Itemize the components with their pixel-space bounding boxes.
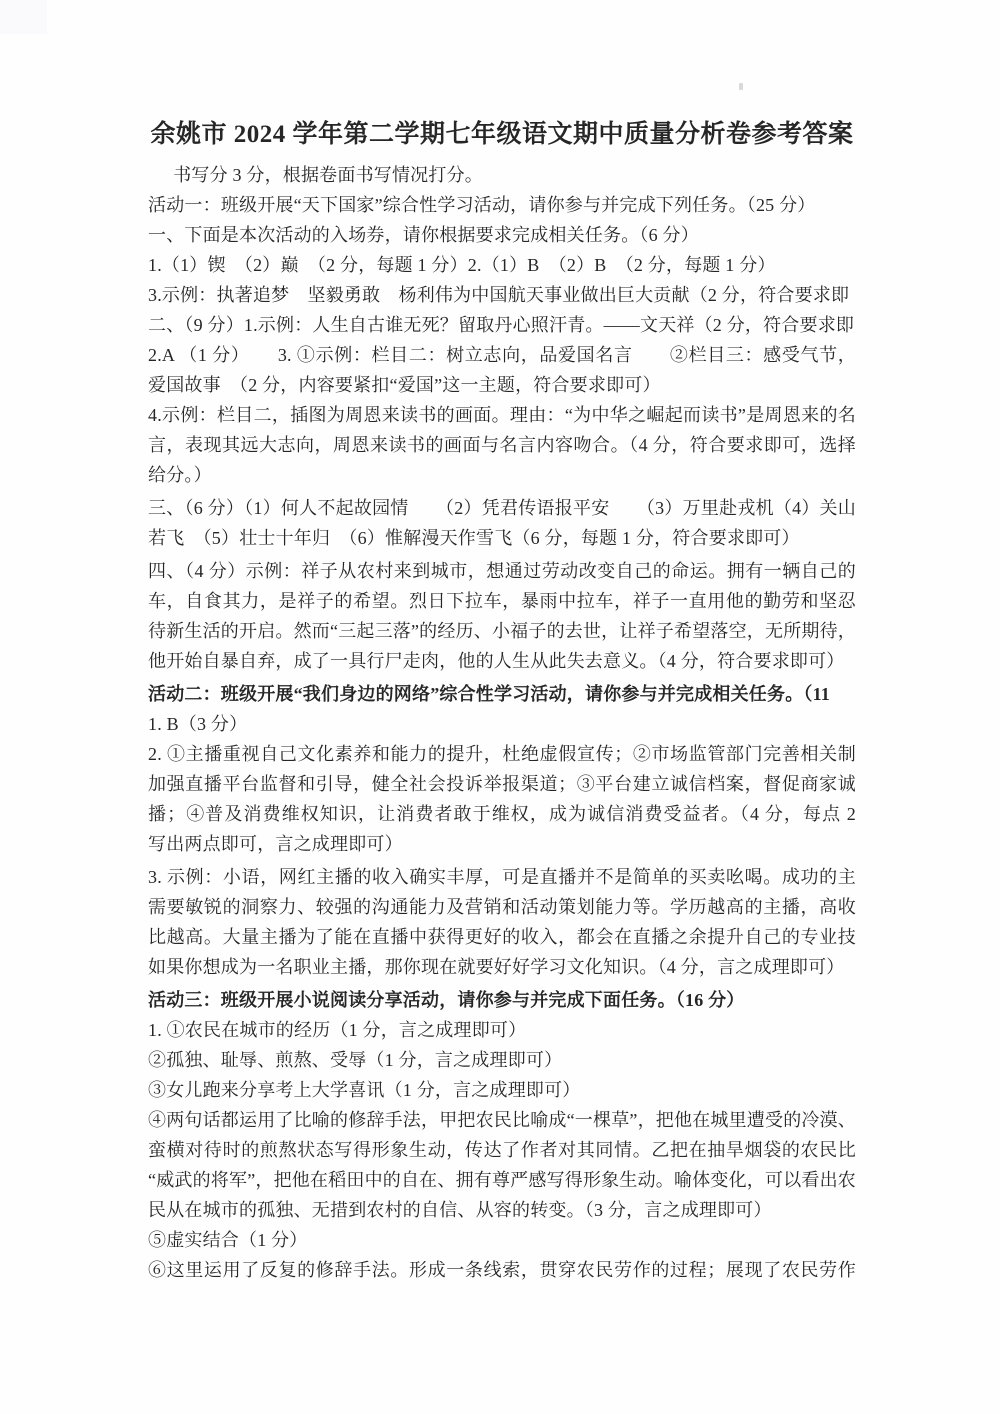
text-line: 三、（6 分）（1）何人不起故园情 （2）凭君传语报平安 （3）万里赴戎机（4）… bbox=[148, 493, 856, 523]
document-page: 余姚市 2024 学年第二学期七年级语文期中质量分析卷参考答案 书写分 3 分，… bbox=[0, 0, 1000, 1414]
text-line: ③女儿跑来分享考上大学喜讯（1 分，言之成理即可） bbox=[148, 1075, 856, 1105]
scan-corner-artifact bbox=[0, 0, 47, 34]
text-line: 4.示例：栏目二，插图为周恩来读书的画面。理由：“为中华之崛起而读书”是周恩来的… bbox=[148, 400, 856, 430]
text-line: 需要敏锐的洞察力、较强的沟通能力及营销和活动策划能力等。学历越高的主播，高收入占 bbox=[148, 892, 856, 922]
text-line: 四、（4 分）示例：祥子从农村来到城市，想通过劳动改变自己的命运。拥有一辆自己的… bbox=[148, 556, 856, 586]
text-line: 待新生活的开启。然而“三起三落”的经历、小福子的去世，让祥子希望落空，无所期待， bbox=[148, 616, 856, 646]
text-line: 若飞 （5）壮士十年归 （6）惟解漫天作雪飞（6 分，每题 1 分，符合要求即可… bbox=[148, 523, 856, 553]
text-line: 3. 示例：小语，网红主播的收入确实丰厚，可是直播并不是简单的买卖吆喝。成功的主… bbox=[148, 862, 856, 892]
document-title: 余姚市 2024 学年第二学期七年级语文期中质量分析卷参考答案 bbox=[148, 118, 856, 152]
text-line: 2. ①主播重视自己文化素养和能力的提升，杜绝虚假宣传；②市场监管部门完善相关制… bbox=[148, 739, 856, 769]
text-line: 比越高。大量主播为了能在直播中获得更好的收入，都会在直播之余提升自己的专业技能。 bbox=[148, 922, 856, 952]
text-line: 写出两点即可，言之成理即可） bbox=[148, 829, 856, 859]
text-line: 他开始自暴自弃，成了一具行尸走肉，他的人生从此失去意义。（4 分，符合要求即可） bbox=[148, 646, 856, 676]
text-line: 爱国故事 （2 分，内容要紧扣“爱国”这一主题，符合要求即可） bbox=[148, 370, 856, 400]
scan-speck bbox=[739, 83, 743, 90]
text-line: “威武的将军”，把他在稻田中的自在、拥有尊严感写得形象生动。喻体变化，可以看出农 bbox=[148, 1165, 856, 1195]
text-line: 活动三：班级开展小说阅读分享活动，请你参与并完成下面任务。（16 分） bbox=[148, 985, 856, 1015]
text-line: 1.（1）锲 （2）巅 （2 分，每题 1 分）2.（1）B （2）B （2 分… bbox=[148, 250, 856, 280]
document-content: 余姚市 2024 学年第二学期七年级语文期中质量分析卷参考答案 书写分 3 分，… bbox=[148, 118, 856, 1285]
text-line: 一、下面是本次活动的入场券，请你根据要求完成相关任务。（6 分） bbox=[148, 220, 856, 250]
text-line: 2.A （1 分） 3. ①示例：栏目二：树立志向，品爱国名言 ②栏目三：感受气… bbox=[148, 340, 856, 370]
text-line: 书写分 3 分，根据卷面书写情况打分。 bbox=[148, 160, 856, 190]
document-body: 书写分 3 分，根据卷面书写情况打分。活动一：班级开展“天下国家”综合性学习活动… bbox=[148, 160, 856, 1285]
text-line: 播；④普及消费维权知识，让消费者敢于维权，成为诚信消费受益者。（4 分，每点 2… bbox=[148, 799, 856, 829]
text-line: 1. B（3 分） bbox=[148, 709, 856, 739]
text-line: 活动二：班级开展“我们身边的网络”综合性学习活动，请你参与并完成相关任务。（11… bbox=[148, 679, 856, 709]
text-line: 民从在城市的孤独、无措到农村的自信、从容的转变。（3 分，言之成理即可） bbox=[148, 1195, 856, 1225]
text-line: 给分。） bbox=[148, 460, 856, 490]
text-line: 如果你想成为一名职业主播，那你现在就要好好学习文化知识。（4 分，言之成理即可） bbox=[148, 952, 856, 982]
text-line: 3.示例：执著追梦 坚毅勇敢 杨利伟为中国航天事业做出巨大贡献（2 分，符合要求… bbox=[148, 280, 856, 310]
text-line: ②孤独、耻辱、煎熬、受辱（1 分，言之成理即可） bbox=[148, 1045, 856, 1075]
text-line: 言，表现其远大志向，周恩来读书的画面与名言内容吻合。（4 分，符合要求即可，选择… bbox=[148, 430, 856, 460]
text-line: ⑤虚实结合（1 分） bbox=[148, 1225, 856, 1255]
text-line: ④两句话都运用了比喻的修辞手法，甲把农民比喻成“一棵草”，把他在城里遭受的冷漠、 bbox=[148, 1105, 856, 1135]
text-line: 车，自食其力，是祥子的希望。烈日下拉车，暴雨中拉车，祥子一直用他的勤劳和坚忍在等 bbox=[148, 586, 856, 616]
text-line: 蛮横对待时的煎熬状态写得形象生动，传达了作者对其同情。乙把在抽旱烟袋的农民比喻成 bbox=[148, 1135, 856, 1165]
text-line: 活动一：班级开展“天下国家”综合性学习活动，请你参与并完成下列任务。（25 分） bbox=[148, 190, 856, 220]
text-line: ⑥这里运用了反复的修辞手法。形成一条线索，贯穿农民劳作的过程；展现了农民劳作的辛 bbox=[148, 1255, 856, 1285]
text-line: 加强直播平台监督和引导，健全社会投诉举报渠道；③平台建立诚信档案，督促商家诚信直 bbox=[148, 769, 856, 799]
text-line: 1. ①农民在城市的经历（1 分，言之成理即可） bbox=[148, 1015, 856, 1045]
text-line: 二、（9 分）1.示例：人生自古谁无死？留取丹心照汗青。——文天祥（2 分，符合… bbox=[148, 310, 856, 340]
